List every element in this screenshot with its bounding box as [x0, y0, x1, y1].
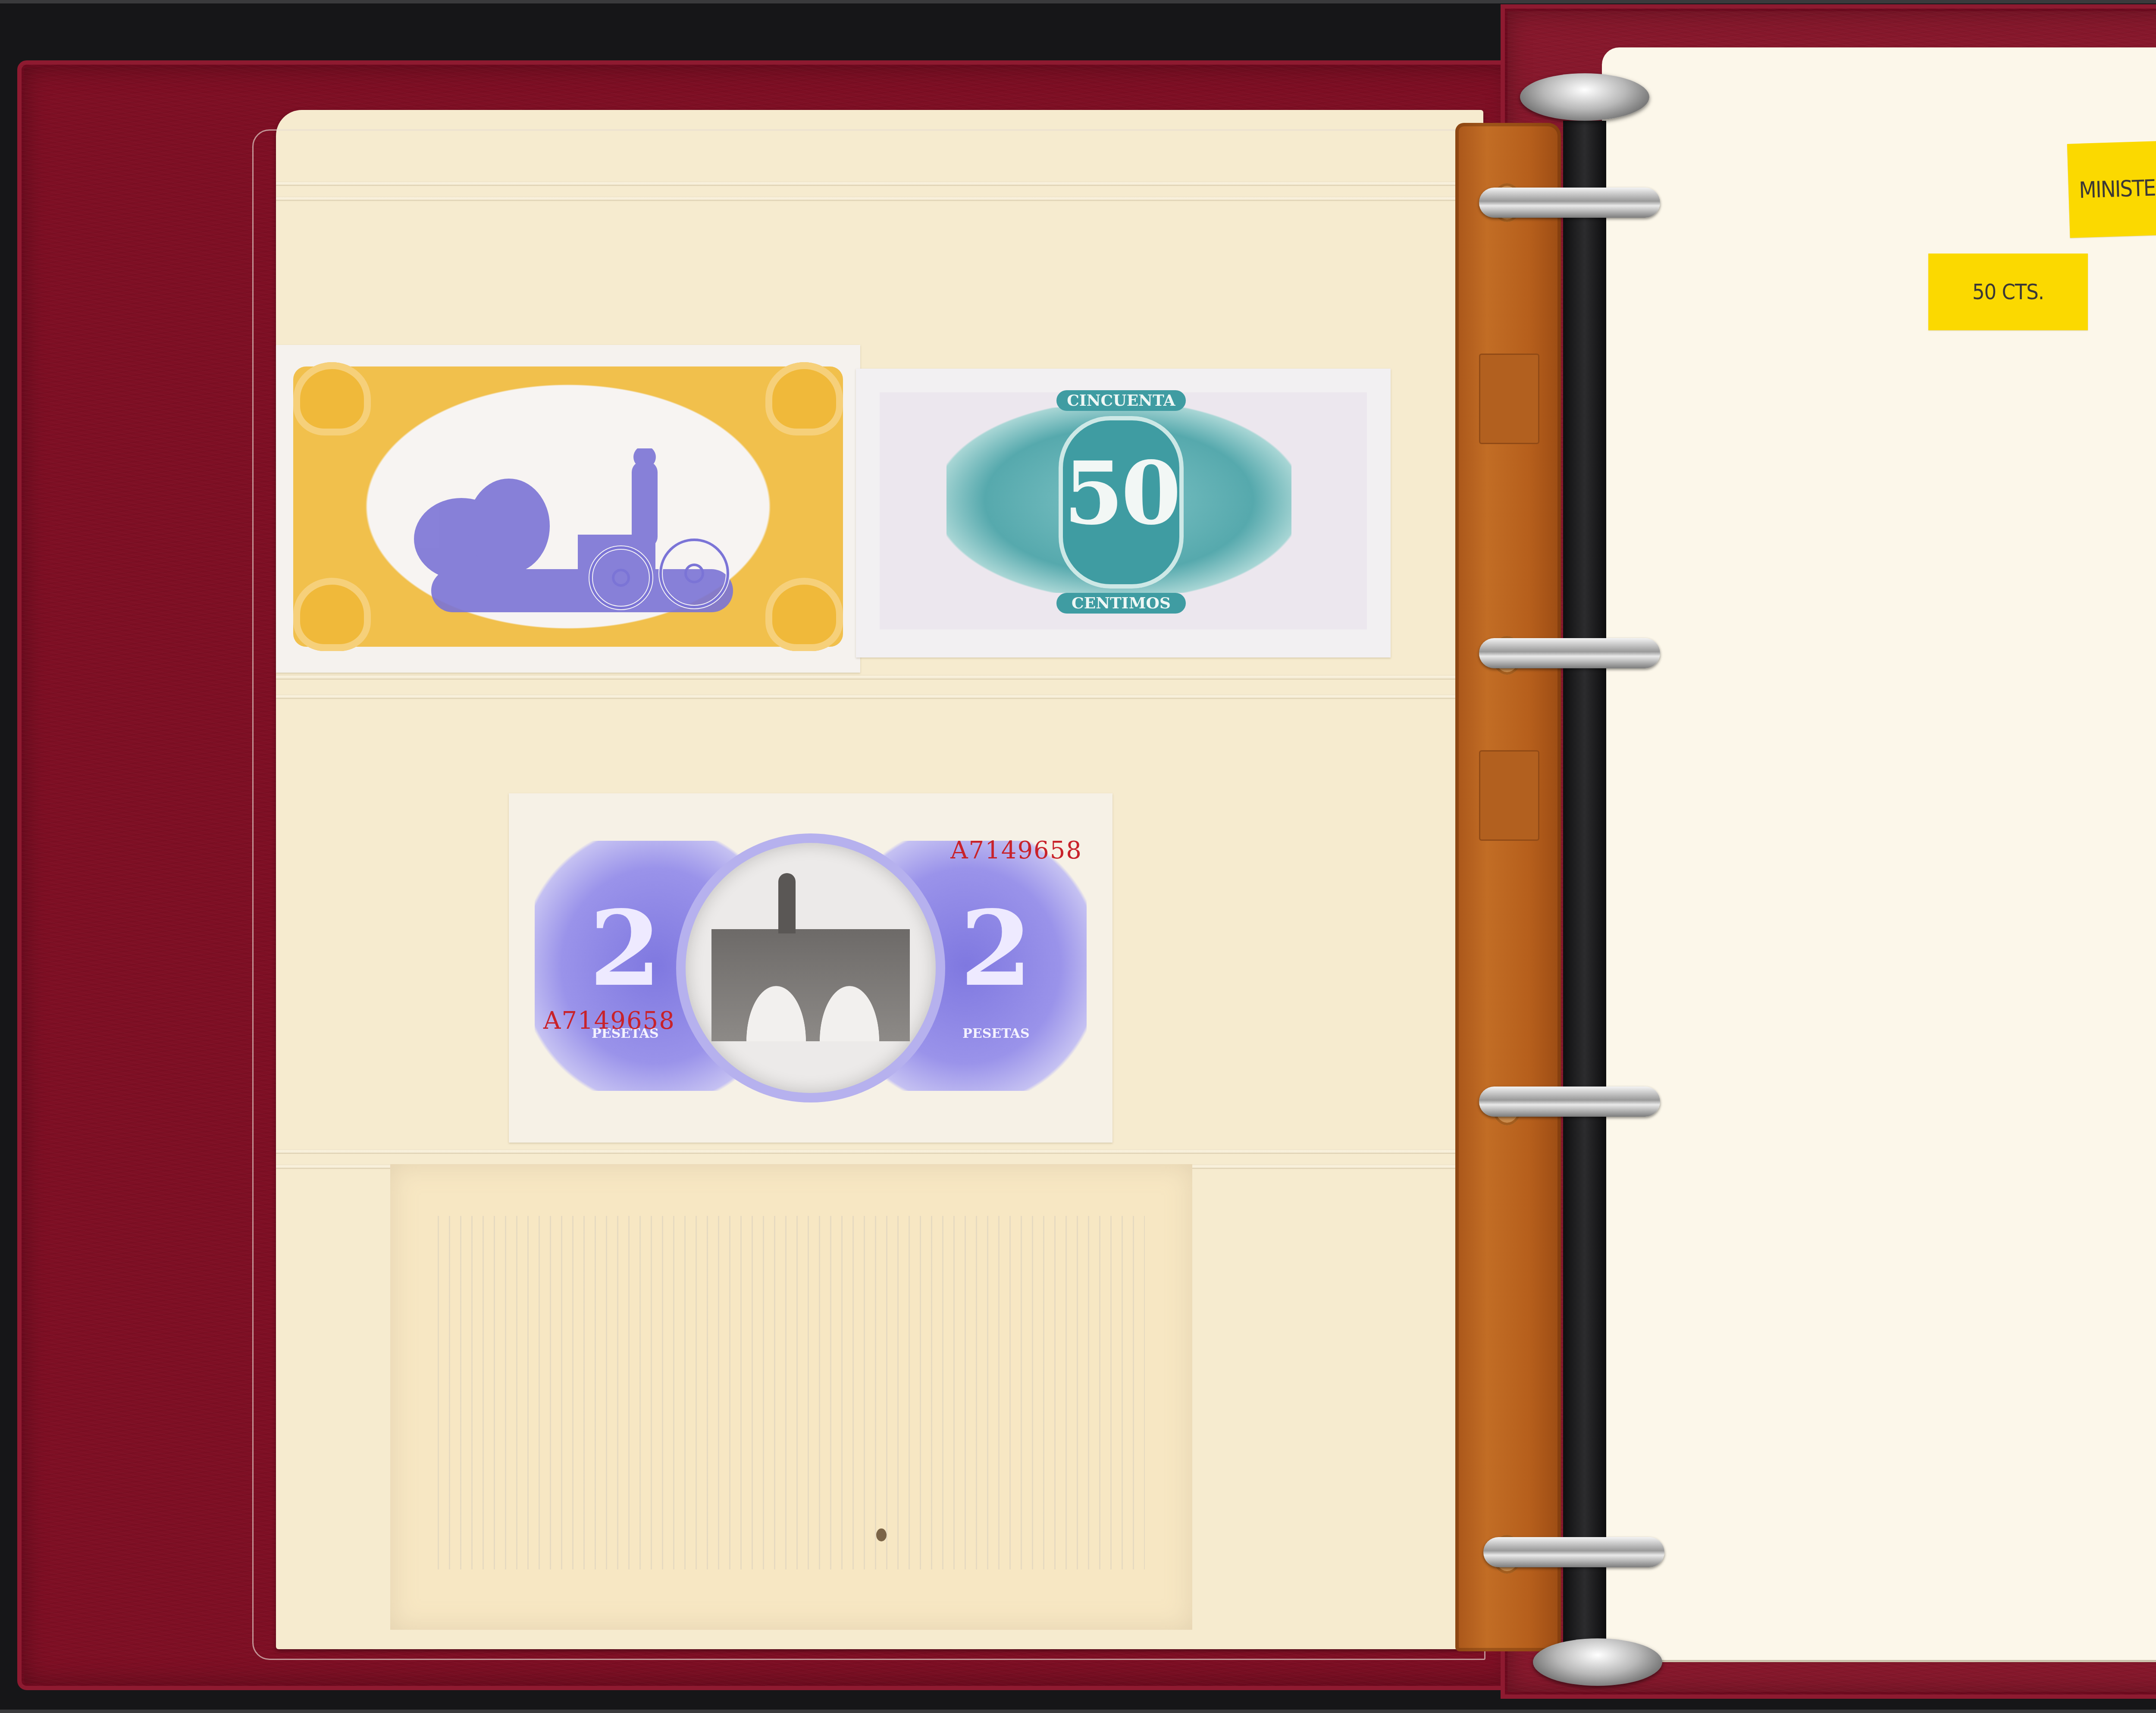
banknote-value: 2 — [953, 897, 1039, 1000]
foxing-spot — [876, 1528, 887, 1541]
ring-mechanism-top-cap — [1520, 73, 1649, 121]
binder-ring[interactable] — [1479, 638, 1660, 668]
embossed-mark — [1479, 750, 1539, 841]
corner-ornament — [765, 578, 843, 651]
banknote-denomination-word: PESETAS — [951, 1026, 1041, 1041]
binder-spine — [1563, 121, 1606, 1656]
serial-number: A7149658 — [543, 1007, 675, 1035]
binder-ring[interactable] — [1479, 1087, 1660, 1117]
ring-mechanism-bottom-cap — [1533, 1638, 1662, 1686]
sleeve-divider — [276, 196, 1457, 200]
binder-ring[interactable] — [1479, 188, 1660, 218]
cibeles-chariot-illustration — [397, 448, 750, 629]
corner-ornament — [293, 362, 371, 435]
banknote-cibeles[interactable] — [276, 345, 860, 673]
bridge-medallion — [686, 843, 936, 1093]
faded-print — [438, 1216, 1145, 1569]
banknote-50-centimos[interactable]: CINCUENTA 50 CENTIMOS — [856, 369, 1391, 658]
embossed-mark — [1479, 354, 1539, 444]
banknote-2-pesetas[interactable]: 2 2 PESETAS PESETAS A7149658 A7149658 — [509, 793, 1112, 1143]
top-edge-band — [0, 0, 2156, 3]
page-title-label: MINISTERIO DE HACIENDA DE MADRID 1937 — [2067, 130, 2156, 238]
bridge-tower — [778, 873, 796, 933]
banknote-faded[interactable] — [390, 1164, 1192, 1630]
bridge-illustration — [711, 929, 910, 1041]
label-50-cts: 50 CTS. — [1928, 254, 2088, 330]
sleeve-divider — [276, 181, 1457, 185]
banknote-bottom-word: CENTIMOS — [1056, 593, 1186, 614]
sleeve-divider — [276, 1149, 1457, 1153]
banknote-value: 50 — [1059, 451, 1184, 537]
binder-ring[interactable] — [1483, 1537, 1664, 1567]
bottom-edge-band — [0, 1710, 2156, 1713]
sleeve-divider — [276, 675, 1457, 679]
banknote-top-word: CINCUENTA — [1056, 390, 1186, 411]
page-hinge-strip — [1455, 123, 1561, 1651]
corner-ornament — [293, 578, 371, 651]
serial-number: A7149658 — [950, 836, 1082, 864]
sleeve-divider — [276, 694, 1457, 698]
corner-ornament — [765, 362, 843, 435]
banknote-value: 2 — [582, 897, 668, 1000]
